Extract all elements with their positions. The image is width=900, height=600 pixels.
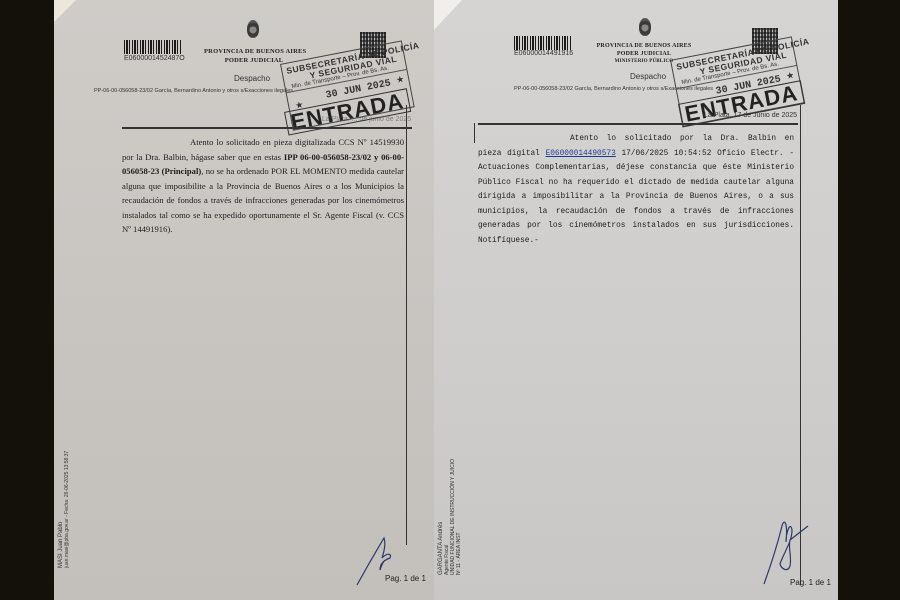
page-number: Pag. 1 de 1: [385, 574, 426, 583]
despacho-label: Despacho: [630, 72, 666, 81]
background-left: [0, 0, 55, 600]
barcode-number: E06000014491916: [514, 50, 573, 57]
header-line2: PODER JUDICIAL: [594, 51, 694, 57]
despacho-label: Despacho: [234, 74, 270, 83]
document-page-right: E06000014491916 PROVINCIA DE BUENOS AIRE…: [434, 0, 838, 600]
folded-corner: [54, 0, 76, 22]
header-rule: [478, 123, 798, 125]
folded-corner: [434, 0, 462, 30]
background-right: [838, 0, 900, 600]
barcode-number: E0600001452487O: [124, 55, 185, 62]
barcode: [514, 36, 572, 50]
resolution-text: Atento lo solicitado en pieza digitaliza…: [122, 135, 404, 237]
case-caption: PP-06-00-056058-23/02 García, Bernardino…: [94, 88, 293, 94]
date-line: La Plata, 17 de Junio de 2025: [704, 112, 797, 119]
resolution-text: Atento lo solicitado por la Dra. Balbin …: [478, 132, 794, 248]
document-page-left: E0600001452487O PROVINCIA DE BUENOS AIRE…: [54, 0, 434, 600]
margin-line: [406, 105, 407, 545]
page-number: Pag. 1 de 1: [790, 578, 831, 587]
digital-signature-info: GARGANTA Andrés Agente Fiscal UNIDAD FUN…: [438, 459, 462, 575]
header-line1: PROVINCIA DE BUENOS AIRES: [594, 43, 694, 49]
digital-signature-info: MASI Juan Pablo juan.masi@pba.gov.ar - F…: [58, 451, 70, 568]
coat-of-arms-icon: [639, 18, 651, 36]
coat-of-arms-icon: [247, 20, 259, 38]
barcode: [124, 40, 182, 54]
document-link[interactable]: E06000014490573: [546, 150, 616, 158]
header-line1: PROVINCIA DE BUENOS AIRES: [204, 48, 304, 55]
header-rule: [122, 127, 412, 129]
date-line: La Plata, ... de junio de 2025: [322, 116, 411, 123]
star-icon: ★: [395, 74, 405, 86]
left-margin-line: [474, 123, 475, 143]
